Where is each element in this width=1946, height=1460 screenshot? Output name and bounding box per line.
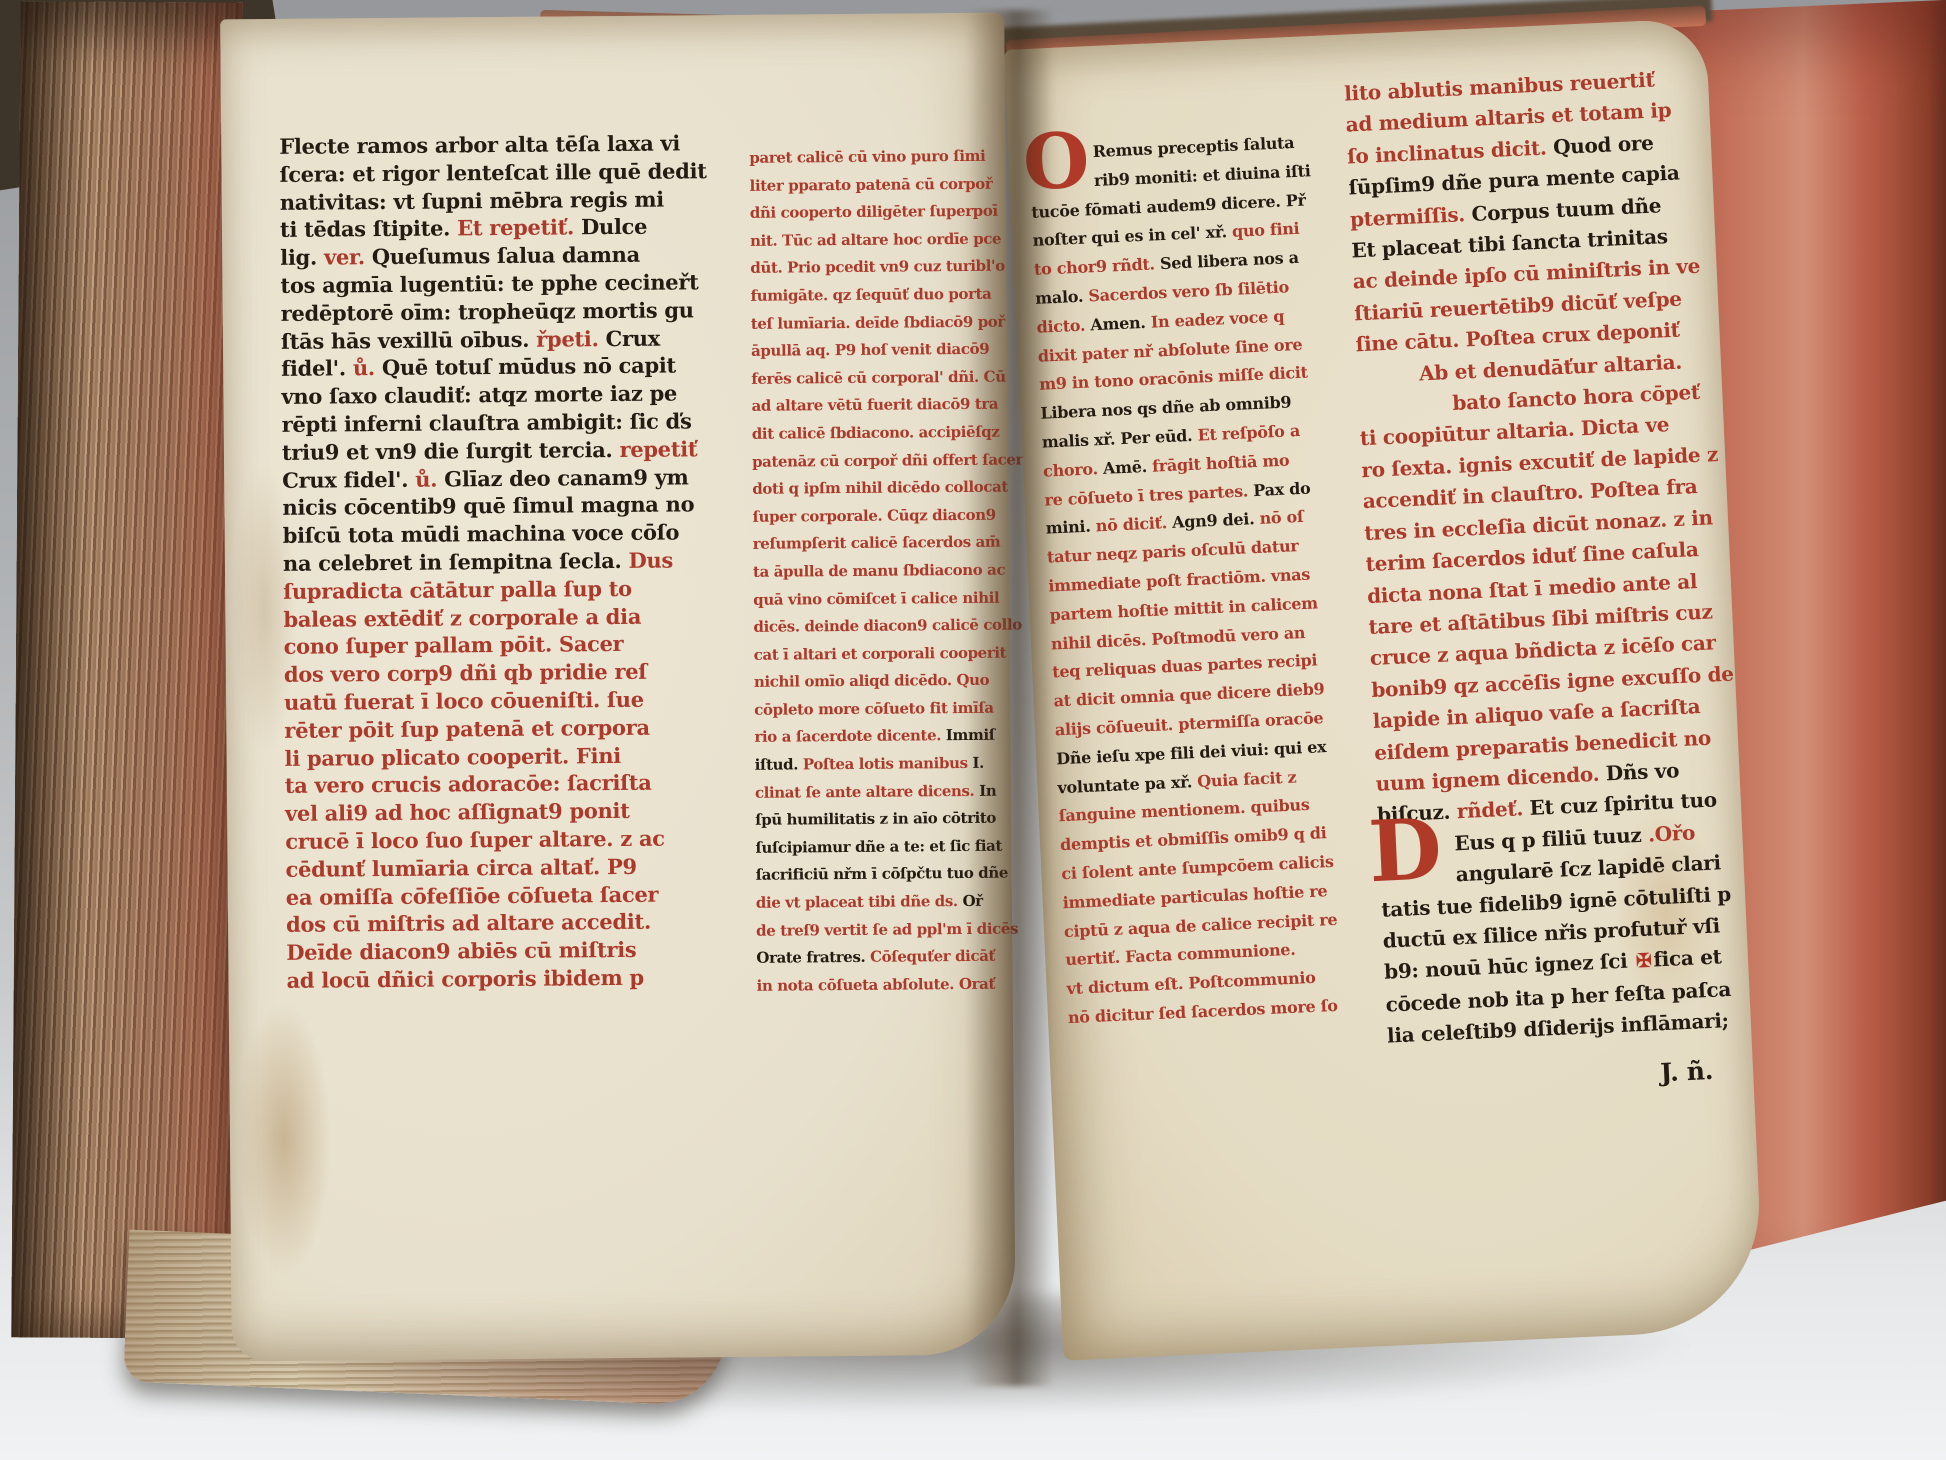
- text-run: ſo inclinatus dicit.: [1347, 135, 1554, 168]
- text-run: vel ali9 ad hoc aſſignat9 ponit: [285, 798, 630, 826]
- text-run: Pax do: [1253, 478, 1311, 500]
- text-run: liter pparato patenā cū corpoř: [750, 174, 993, 194]
- text-run: Glīaz deo canam9 ym: [444, 464, 688, 491]
- text-line: ta vero crucis adoracōe: ſacriſta: [285, 768, 721, 800]
- text-run: die vt placeat tibi dñe ds.: [756, 892, 963, 912]
- text-line: rēter pōit ſup patenā et corpora: [284, 713, 720, 745]
- text-run: rēter pōit ſup patenā et corpora: [284, 714, 650, 742]
- text-line: cono ſuper pallam pōit. Sacer: [284, 629, 720, 661]
- text-run: rib9 moniti: et diuina iſti: [1094, 161, 1311, 190]
- text-run: baleas extēdiť z corporale a dia: [283, 603, 641, 631]
- text-run: redēptorē oīm: tropheūqz mortis gu: [281, 297, 694, 326]
- text-run: In eadez voce q: [1150, 306, 1284, 331]
- text-line: ea omiſſa cōfeſſiōe cōſueta ſacer: [286, 880, 722, 912]
- text-run: fumigāte. qz ſequūť duo porta: [751, 285, 992, 305]
- text-run: Quia facit z: [1197, 767, 1297, 790]
- text-run: triu9 et vn9 die ſurgit tercia.: [282, 437, 620, 465]
- text-run: ver.: [324, 244, 372, 269]
- text-run: ad locū dñici corporis ibidem p: [286, 965, 643, 993]
- text-run: noſter qui es in cel' xř.: [1032, 222, 1232, 250]
- text-run: vno ſaxo claudiť: atqz morte iaz pe: [281, 381, 677, 409]
- photograph-of-open-missal: Flecte ramos arbor alta tēſa laxa viſcer…: [0, 0, 1946, 1460]
- text-run: Dñs vo: [1605, 758, 1679, 785]
- text-line: fumigāte. qz ſequūť duo porta: [750, 281, 1002, 311]
- text-line: ſupradicta cātātur palla ſup to: [283, 574, 719, 606]
- text-line: dos cū miſtris ad altare accedit.: [286, 907, 722, 939]
- text-line: lig. ver. Queſumus ſalua damna: [280, 240, 716, 272]
- text-line: biſcū tota mūdi machina voce cōſo: [283, 518, 719, 550]
- text-run: .Ořo: [1647, 820, 1695, 846]
- text-line: uatū fuerat ī loco cōueniſti. ſue: [284, 685, 720, 717]
- right-page-column-2: D J. ñ. lito ablutis manibus reuertiťad …: [1344, 63, 1722, 1052]
- text-run: re cōſueto ī tres partes.: [1044, 481, 1254, 509]
- text-run: ſcera: et rigor lenteſcat ille quē dedit: [279, 158, 706, 187]
- text-line: Crux fidel'. ů. Glīaz deo canam9 ym: [282, 463, 718, 495]
- text-run: Flecte ramos arbor alta tēſa laxa vi: [279, 130, 680, 158]
- text-line: vno ſaxo claudiť: atqz morte iaz pe: [281, 379, 717, 411]
- text-line: dñi cooperto diligēter ſuperpoī: [750, 198, 1002, 228]
- text-line: liter pparato patenā cū corpoř: [750, 170, 1002, 200]
- text-run: Amē.: [1103, 456, 1153, 477]
- text-run: fidel'.: [281, 356, 353, 382]
- text-run: Eus q p filiū tuuz: [1454, 822, 1649, 855]
- text-run: Agn9 dei.: [1172, 509, 1260, 532]
- text-run: paret calicē cū vino puro ſimi: [749, 147, 985, 167]
- text-run: ſuper corporale. Cūqz diacon9: [752, 505, 995, 525]
- text-run: řpeti.: [536, 326, 606, 352]
- text-run: dit calicē ſbdiacono. accipiēſqz: [752, 423, 1000, 443]
- text-run: uertiť. Facta communione.: [1065, 940, 1296, 969]
- text-run: Corpus tuum dñe: [1471, 193, 1662, 226]
- text-run: nō oſ: [1259, 507, 1304, 528]
- text-line: li paruo plicato cooperit. Fini: [284, 741, 720, 773]
- text-run: fica et: [1653, 945, 1722, 972]
- text-run: Et cuz ſpiritu tuo: [1529, 788, 1717, 820]
- text-run: voluntate pa xř.: [1057, 772, 1198, 797]
- text-run: rñdeť.: [1456, 796, 1530, 823]
- text-line: na celebret in ſempitna ſecla. Dus: [283, 546, 719, 578]
- text-run: quo fini: [1232, 219, 1300, 241]
- text-run: Sed libera nos a: [1160, 248, 1300, 273]
- text-line: triu9 et vn9 die ſurgit tercia. repetiť: [282, 435, 718, 467]
- text-run: iſtud.: [755, 755, 803, 773]
- text-run: crucē ī loco ſuo ſuper altare. z ac: [285, 826, 665, 854]
- text-run: nō diciť.: [1095, 513, 1172, 535]
- maltese-cross-glyph: ✠: [1634, 950, 1654, 973]
- text-run: Et repetiť.: [457, 215, 581, 241]
- text-line: nit. Tūc ad altare hoc ordīe pce: [750, 225, 1002, 255]
- left-page-column-1: Flecte ramos arbor alta tēſa laxa viſcer…: [279, 129, 723, 994]
- text-run: ta vero crucis adoracōe: ſacriſta: [285, 770, 652, 798]
- text-run: ti tēdas ſtipite.: [280, 216, 457, 243]
- text-line: dos vero corp9 dñi qb pridie reſ: [284, 657, 720, 689]
- text-line: paret calicē cū vino puro ſimi: [749, 143, 1001, 173]
- text-run: cono ſuper pallam pōit. Sacer: [284, 631, 624, 659]
- text-run: Crux: [605, 325, 660, 350]
- text-run: Et reſpōſo a: [1197, 421, 1300, 445]
- text-line: ti tēdas ſtipite. Et repetiť. Dulce: [280, 213, 716, 245]
- text-line: ſcera: et rigor lenteſcat ille quē dedit: [279, 157, 715, 189]
- text-run: ſpū humilitatis z in aīo cōtrito: [755, 809, 996, 829]
- text-line: nicis cōcentib9 quē ſimul magna no: [282, 490, 718, 522]
- text-run: Remus preceptis ſaluta: [1092, 133, 1294, 161]
- text-line: Deīde diacon9 abiēs cū miſtris: [286, 935, 722, 967]
- text-run: ad altare vētū fuerit diacō9 tra: [751, 395, 998, 415]
- text-run: tos agmīa lugentiū: te pphe cecineřt: [280, 269, 698, 298]
- text-run: rēpti inferni clauſtra ambigit: ſic ďs: [282, 408, 692, 437]
- text-run: quā vino cōmiſcet ī calice nihil: [753, 588, 999, 608]
- text-run: Sacerdos vero ſb ſilētio: [1088, 277, 1289, 305]
- text-run: frāgit hoſtiā mo: [1152, 450, 1290, 475]
- text-line: fidel'. ů. Quē totuſ mūdus nō capit: [281, 351, 717, 383]
- text-line: vel ali9 ad hoc aſſignat9 ponit: [285, 796, 721, 828]
- text-run: malis xř. Per eūd.: [1041, 426, 1198, 452]
- text-run: biſcū tota mūdi machina voce cōſo: [283, 520, 680, 548]
- text-run: ů.: [353, 355, 382, 380]
- text-run: clinat ſe ante altare dicens.: [755, 782, 979, 802]
- text-run: Orate fratres.: [756, 948, 870, 967]
- text-run: dos cū miſtris ad altare accedit.: [286, 909, 651, 937]
- text-run: ea omiſſa cōfeſſiōe cōſueta ſacer: [286, 881, 659, 909]
- text-run: repetiť: [619, 436, 697, 462]
- quire-signature: J. ñ.: [1660, 1055, 1714, 1089]
- text-run: li paruo plicato cooperit. Fini: [284, 743, 621, 771]
- text-run: reſumpſerit calicē ſacerdos am̄: [753, 533, 1001, 553]
- text-run: uatū fuerat ī loco cōueniſti. ſue: [284, 687, 644, 715]
- text-run: Dulce: [581, 214, 647, 240]
- text-line: redēptorē oīm: tropheūqz mortis gu: [281, 296, 717, 328]
- left-fore-edge-page-stack: [11, 1, 242, 1339]
- parchment-stain: [230, 948, 363, 1329]
- text-run: Amen.: [1090, 312, 1151, 334]
- text-line: rēpti inferni clauſtra ambigit: ſic ďs: [282, 407, 718, 439]
- text-run: ptermiſſis.: [1349, 202, 1472, 231]
- text-line: Flecte ramos arbor alta tēſa laxa vi: [279, 129, 715, 161]
- text-run: Poſtea lotis manibus: [803, 754, 973, 773]
- right-parchment-page: O Remus preceptis ſalutarib9 moniti: et …: [1004, 18, 1765, 1360]
- text-run: dos vero corp9 dñi qb pridie reſ: [284, 659, 647, 687]
- text-run: Quē totuſ mūdus nō capit: [382, 353, 676, 381]
- text-line: nativitas: vt ſupni mēbra regis mi: [280, 185, 716, 217]
- text-run: ſtās hās vexillū oībus.: [281, 326, 536, 353]
- text-run: Quod ore: [1553, 130, 1654, 159]
- text-run: cōpleto more cōſueto fit imīſa: [754, 699, 994, 719]
- text-run: na celebret in ſempitna ſecla.: [283, 548, 629, 576]
- text-line: crucē ī loco ſuo ſuper altare. z ac: [285, 824, 721, 856]
- text-run: āpullā aq. P9 hoſ venit diacō9: [751, 340, 989, 360]
- text-line: cēdunť lumīaria circa altať. P9: [285, 852, 721, 884]
- text-run: Crux fidel'.: [282, 466, 415, 492]
- text-run: Dus: [628, 547, 673, 572]
- text-run: cēdunť lumīaria circa altať. P9: [285, 854, 636, 882]
- text-run: rio a ſacerdote dicente.: [754, 727, 946, 747]
- text-run: nativitas: vt ſupni mēbra regis mi: [280, 186, 664, 214]
- text-run: nicis cōcentib9 quē ſimul magna no: [282, 492, 694, 521]
- center-gutter-shadow: [966, 10, 1054, 1386]
- text-run: ſupradicta cātātur palla ſup to: [283, 576, 632, 604]
- text-run: in nota cōſueta abſolute. Orať: [757, 975, 995, 995]
- drop-cap-initial-D: D: [1367, 817, 1442, 884]
- text-run: Deīde diacon9 abiēs cū miſtris: [286, 937, 636, 965]
- text-run: dñi cooperto diligēter ſuperpoī: [750, 202, 998, 222]
- text-line: baleas extēdiť z corporale a dia: [283, 602, 719, 634]
- text-line: ad locū dñici corporis ibidem p: [286, 963, 722, 995]
- left-parchment-page: Flecte ramos arbor alta tēſa laxa viſcer…: [220, 13, 1016, 1362]
- text-run: lig.: [280, 245, 324, 270]
- right-page-column-1: O Remus preceptis ſalutarib9 moniti: et …: [1028, 129, 1340, 1033]
- text-run: nit. Tūc ad altare hoc ordīe pce: [750, 229, 1001, 249]
- text-run: Queſumus ſalua damna: [372, 242, 640, 269]
- text-run: nichil omīo aliqd dicēdo. Quo: [754, 671, 989, 691]
- text-line: ſtās hās vexillū oībus. řpeti. Crux: [281, 324, 717, 356]
- text-run: ů.: [415, 466, 444, 491]
- text-line: dūt. Prio pcedit vn9 cuz turibl'o: [750, 253, 1002, 283]
- text-line: tos agmīa lugentiū: te pphe cecineřt: [280, 268, 716, 300]
